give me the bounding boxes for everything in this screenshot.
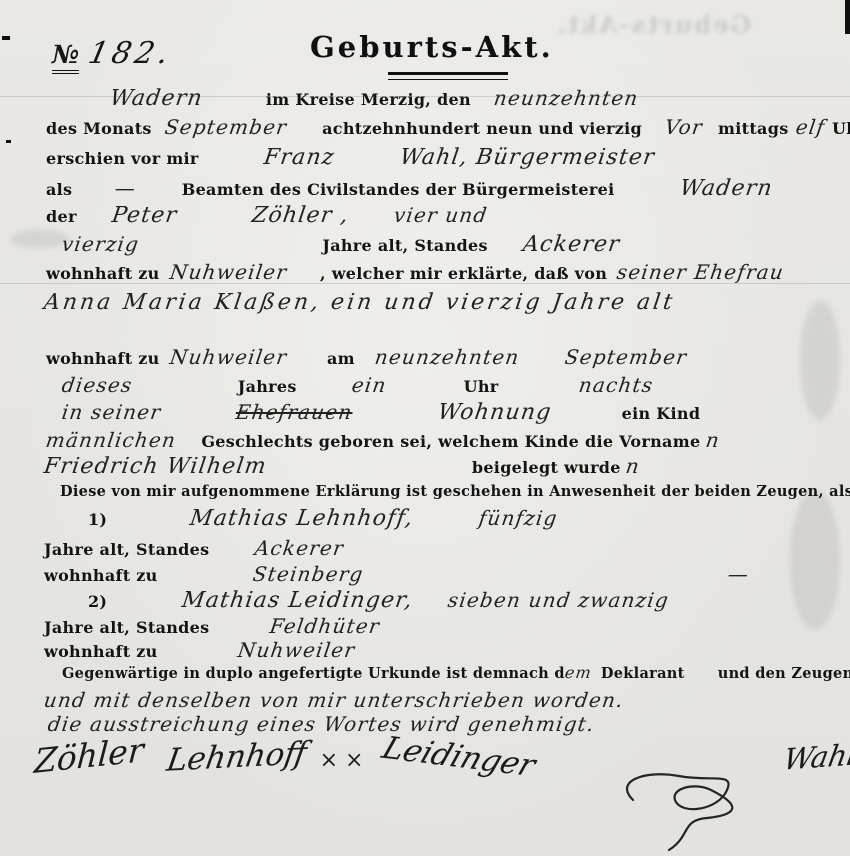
official-role-printed: Beamten des Civilstandes der Bürgermeist… xyxy=(182,180,615,199)
declarant-residence-printed: wohnhaft zu xyxy=(46,264,160,283)
bestowed-suffix: n xyxy=(624,454,641,478)
witness1-residence-printed: wohnhaft zu xyxy=(44,566,158,585)
witness1-occupation: Ackerer xyxy=(253,536,345,560)
year-printed: achtzehnhundert neun und vierzig xyxy=(322,119,642,138)
birth-day: neunzehnten xyxy=(373,345,521,369)
closing-inserted: em xyxy=(563,663,593,682)
bleed-through-smudge xyxy=(800,300,840,420)
witness1-dash: — xyxy=(727,562,752,586)
birth-time-line: dieses Jahres ein Uhr nachts xyxy=(62,373,653,397)
declarant-occupation: Ackerer xyxy=(521,232,622,257)
district-printed: im Kreise Merzig, den xyxy=(266,90,471,109)
declarant-age-printed: Jahre alt, Standes xyxy=(322,236,487,255)
municipality: Wadern xyxy=(678,176,774,201)
witness-marks: × × xyxy=(320,748,364,773)
closing-printed-3: und den Zeugen vorgelesen xyxy=(718,665,850,682)
bleed-through-title: Geburts-Akt. xyxy=(555,10,751,39)
ein-kind-printed: ein Kind xyxy=(622,404,701,423)
closing-printed-1: Gegenwärtige in duplo angefertigte Urkun… xyxy=(62,665,565,682)
scan-edge-artifact xyxy=(845,0,850,34)
uhr-printed: Uhr, xyxy=(832,119,850,138)
witness2-number: 2) xyxy=(88,592,107,611)
child-sex: männlichen xyxy=(44,428,178,452)
mittags-printed: mittags xyxy=(718,119,788,138)
jahres-printed: Jahres xyxy=(238,377,297,396)
closing-signed-line: und mit denselben von mir unterschrieben… xyxy=(44,688,624,712)
witness1-occupation-line: Jahre alt, Standes Ackerer xyxy=(44,536,344,560)
registration-month: September xyxy=(163,115,289,139)
signature-witness1: Lehnhoff xyxy=(164,735,309,779)
als-printed: als xyxy=(46,180,72,199)
birth-month: September xyxy=(563,345,689,369)
registration-day: neunzehnten xyxy=(492,86,640,110)
witness1-number: 1) xyxy=(88,510,107,529)
child-sex-printed: Geschlechts geboren sei, welchem Kinde d… xyxy=(201,432,700,451)
der-printed: der xyxy=(46,207,77,226)
witness-intro-line: Diese von mir aufgenommene Erklärung ist… xyxy=(60,481,850,500)
paraph-flourish xyxy=(595,762,775,856)
dieses: dieses xyxy=(60,373,134,397)
meridiem: Vor xyxy=(663,115,704,139)
closing-signed-hw: und mit denselben von mir unterschrieben… xyxy=(42,688,625,712)
closing-printed-2: Deklarant xyxy=(601,665,685,682)
birth-hour: ein xyxy=(350,373,388,397)
declared-printed: , welcher mir erklärte, daß von xyxy=(320,264,607,283)
declarant-age-part2: vierzig xyxy=(60,232,141,256)
registration-place-line: Wadern im Kreise Merzig, den neunzehnten xyxy=(110,86,639,111)
witness-intro-printed: Diese von mir aufgenommene Erklärung ist… xyxy=(60,483,850,500)
witness2-occupation-line: Jahre alt, Standes Feldhüter xyxy=(44,614,379,638)
mother-name-age: Anna Maria Klaßen, ein und vierzig Jahre… xyxy=(42,290,677,315)
declarant-age-line: vierzig Jahre alt, Standes Ackerer xyxy=(62,232,620,257)
witness2-age-printed: Jahre alt, Standes xyxy=(44,618,209,637)
mother-residence: Nuhweiler xyxy=(168,345,289,369)
declarant-surname: Zöhler , xyxy=(250,203,350,228)
birth-record-document: Geburts-Akt. №182. Geburts-Akt. Wadern i… xyxy=(0,0,850,856)
time-of-day: nachts xyxy=(577,373,655,397)
month-label-printed: des Monats xyxy=(46,119,152,138)
witness1-age-printed: Jahre alt, Standes xyxy=(44,540,209,559)
declarant-residence-line: wohnhaft zu Nuhweiler , welcher mir erkl… xyxy=(46,260,784,284)
mother-residence-line: wohnhaft zu Nuhweiler am neunzehnten Sep… xyxy=(46,345,687,369)
uhr-printed-2: Uhr xyxy=(464,377,499,396)
witness2-name: Mathias Leidinger, xyxy=(181,588,415,613)
declarant-name-line: der Peter Zöhler , vier und xyxy=(46,203,488,228)
signature-declarant: Zöhler xyxy=(33,730,145,781)
scan-speck xyxy=(6,140,11,143)
witness2-age: sieben und zwanzig xyxy=(447,588,671,612)
witness1-name-line: 1) Mathias Lehnhoff, fünfzig xyxy=(88,506,558,531)
witness2-residence-line: wohnhaft zu Nuhweiler xyxy=(44,638,355,662)
mother-name-line: Anna Maria Klaßen, ein und vierzig Jahre… xyxy=(44,290,675,315)
bestowed-printed: beigelegt wurde xyxy=(472,458,621,477)
am-printed: am xyxy=(327,349,355,368)
official-role-line: als — Beamten des Civilstandes der Bürge… xyxy=(46,176,772,201)
child-sex-line: männlichen Geschlechts geboren sei, welc… xyxy=(46,428,720,452)
witness1-name: Mathias Lehnhoff, xyxy=(189,506,416,531)
registration-hour: elf xyxy=(794,115,827,139)
witness2-name-line: 2) Mathias Leidinger, sieben und zwanzig xyxy=(88,588,669,613)
signature-official: Wahl xyxy=(781,737,850,777)
witness1-age: fünfzig xyxy=(477,506,559,530)
declarant-residence: Nuhweiler xyxy=(168,260,289,284)
record-number: №182. xyxy=(52,36,172,71)
struck-word: Ehefrauen xyxy=(235,400,355,424)
declarant-first-name: Peter xyxy=(110,203,179,228)
registration-date-line: des Monats September achtzehnhundert neu… xyxy=(46,115,850,139)
appeared-printed: erschien vor mir xyxy=(46,149,199,168)
child-given-names: Friedrich Wilhelm xyxy=(42,454,268,479)
title-underline xyxy=(388,72,508,80)
child-names-line: Friedrich Wilhelm beigelegt wurde n xyxy=(44,454,640,479)
witness2-residence: Nuhweiler xyxy=(236,638,357,662)
declarant-age-part1: vier und xyxy=(392,203,489,227)
child-sex-suffix: n xyxy=(704,428,721,452)
spouse-intro: seiner Ehefrau xyxy=(616,260,786,284)
record-number-label: № xyxy=(52,40,79,74)
official-line: erschien vor mir Franz Wahl, Bürgermeist… xyxy=(46,145,654,170)
mother-residence-printed: wohnhaft zu xyxy=(46,349,160,368)
birth-place-line: in seiner Ehefrauen Wohnung ein Kind xyxy=(62,400,700,425)
closing-read-line: Gegenwärtige in duplo angefertigte Urkun… xyxy=(62,663,850,682)
wohnung: Wohnung xyxy=(436,400,553,425)
record-number-value: 182. xyxy=(85,36,175,71)
document-title: Geburts-Akt. xyxy=(310,30,554,64)
witness1-residence: Steinberg xyxy=(251,562,365,586)
witness2-residence-printed: wohnhaft zu xyxy=(44,642,158,661)
in-seiner: in seiner xyxy=(60,400,163,424)
scan-speck xyxy=(2,36,10,40)
witness2-occupation: Feldhüter xyxy=(268,614,381,638)
signature-witness2: Leidinger xyxy=(377,730,539,783)
bleed-through-smudge xyxy=(790,490,840,630)
witness1-residence-line: wohnhaft zu Steinberg — xyxy=(44,562,750,586)
als-dash: — xyxy=(114,176,139,200)
official-surname-title: Wahl, Bürgermeister xyxy=(398,145,656,170)
registration-place: Wadern xyxy=(108,86,204,111)
official-first-name: Franz xyxy=(262,145,336,170)
